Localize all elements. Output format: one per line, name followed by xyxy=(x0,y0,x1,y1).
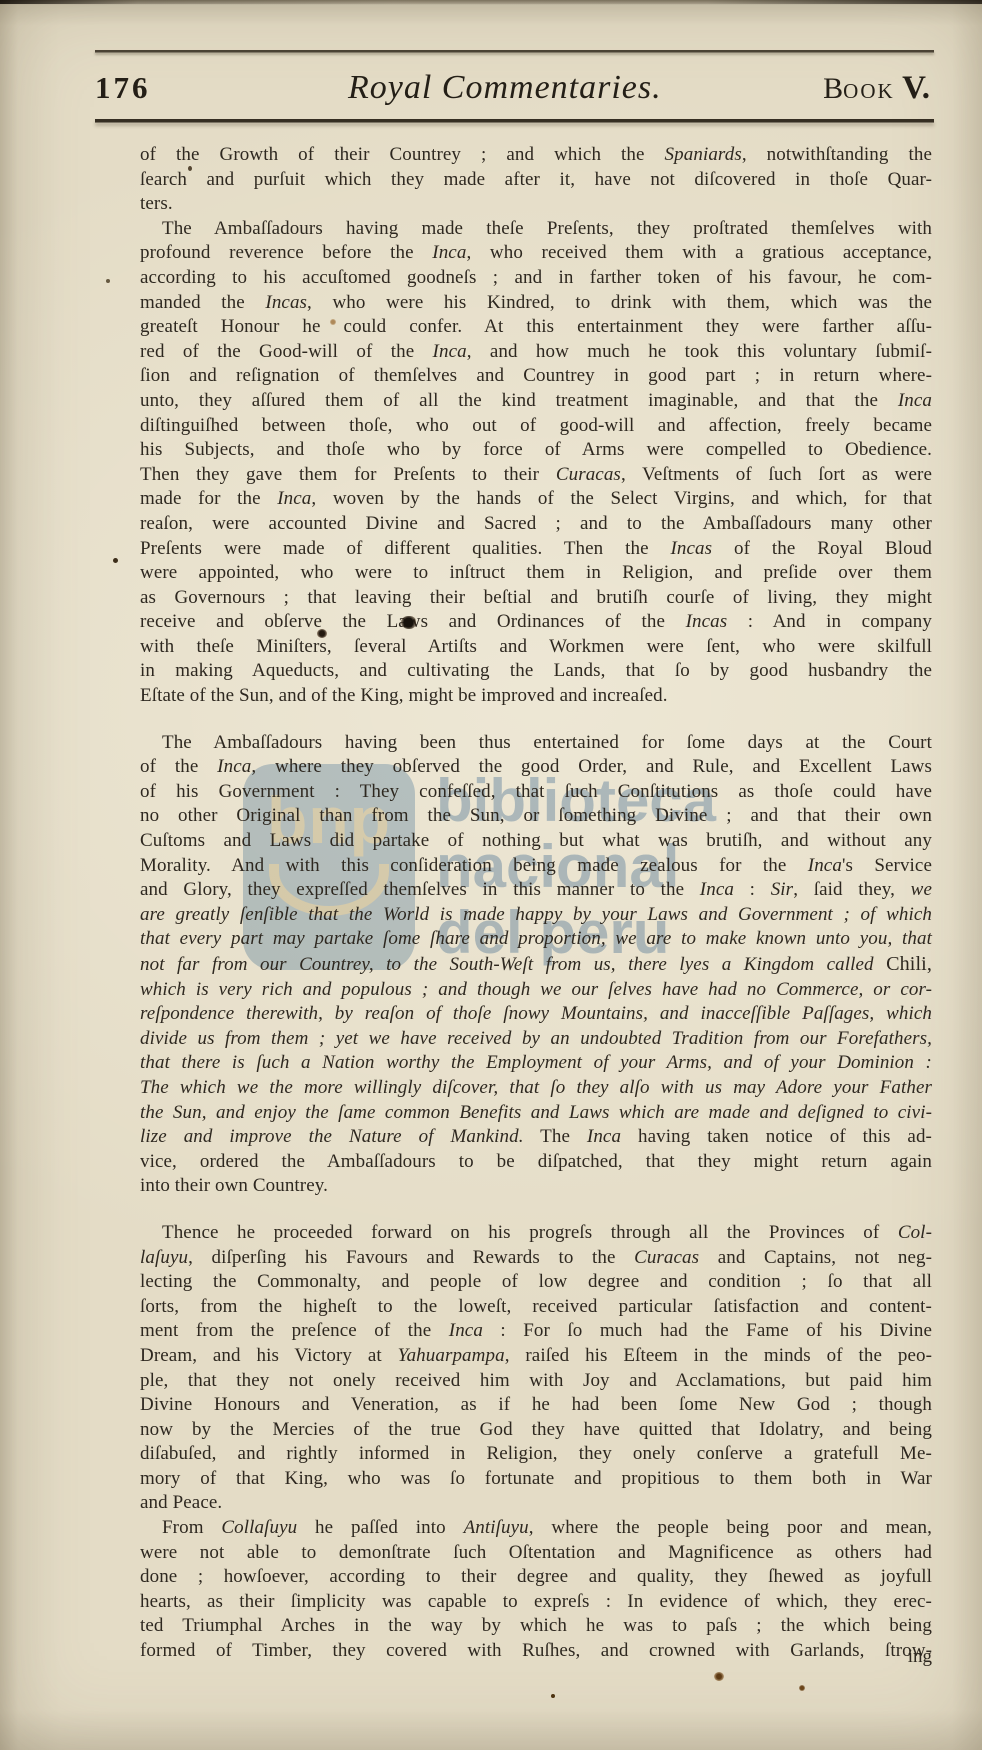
book-label: Book V. xyxy=(823,70,930,107)
text-line: according to his accuſtomed goodneſs ; a… xyxy=(140,266,932,291)
text-line: Then they gave them for Preſents to thei… xyxy=(140,463,932,488)
catchword: ing xyxy=(140,1646,932,1668)
running-head: 176 Royal Commentaries. Book V. xyxy=(95,50,934,123)
text-line: diſabuſed, and rightly informed in Relig… xyxy=(140,1442,932,1467)
text-line: were appointed, who were to inſtruct the… xyxy=(140,561,932,586)
text-line: the Sun, and enjoy the ſame common Benef… xyxy=(140,1101,932,1126)
text-line: manded the Incas, who were his Kindred, … xyxy=(140,291,932,316)
text-line: unto, they aſſured them of all the kind … xyxy=(140,389,932,414)
paragraph: The Ambaſſadours having been thus entert… xyxy=(140,731,932,1199)
text-line: Eſtate of the Sun, and of the King, migh… xyxy=(140,684,932,709)
text-line: The which we the more willingly diſcover… xyxy=(140,1076,932,1101)
text-line: diſtinguiſhed between thoſe, who out of … xyxy=(140,414,932,439)
foxing-spot xyxy=(113,558,118,563)
text-line: that there is ſuch a Nation worthy the E… xyxy=(140,1051,932,1076)
header-rule-bottom xyxy=(95,119,934,123)
book-page: bnp biblioteca nacional del peru 176 Roy… xyxy=(0,0,982,1750)
text-line: as Governours ; that leaving their beſti… xyxy=(140,586,932,611)
page-number: 176 xyxy=(95,70,151,106)
text-line: Thence he proceeded forward on his progr… xyxy=(140,1221,932,1246)
text-line: which is very rich and populous ; and th… xyxy=(140,978,932,1003)
text-line: his Subjects, and thoſe who by force of … xyxy=(140,438,932,463)
foxing-spot xyxy=(714,1672,724,1681)
foxing-spot xyxy=(106,279,110,283)
text-line: into their own Countrey. xyxy=(140,1174,932,1199)
text-line: of the Inca, where they obſerved the goo… xyxy=(140,755,932,780)
text-line: Morality. And with this conſideration be… xyxy=(140,854,932,879)
text-line: mory of that King, who was ſo fortunate … xyxy=(140,1467,932,1492)
text-line: lize and improve the Nature of Mankind. … xyxy=(140,1125,932,1150)
text-line: vice, ordered the Ambaſſadours to be diſ… xyxy=(140,1150,932,1175)
paragraph: The Ambaſſadours having made theſe Preſe… xyxy=(140,217,932,709)
text-line: receive and obſerve the Laws and Ordinan… xyxy=(140,610,932,635)
paragraph: Thence he proceeded forward on his progr… xyxy=(140,1221,932,1516)
text-line: Preſents were made of different qualitie… xyxy=(140,537,932,562)
text-line: and Glory, they expreſſed themſelves in … xyxy=(140,878,932,903)
text-line: ters. xyxy=(140,192,932,217)
text-line: that every part may partake ſome ſhare a… xyxy=(140,927,932,952)
text-line: Divine Honours and Veneration, as if he … xyxy=(140,1393,932,1418)
text-line: are greatly ſenſible that the World is m… xyxy=(140,903,932,928)
text-line: now by the Mercies of the true God they … xyxy=(140,1418,932,1443)
text-line: reſpondence therewith, by reaſon of thoſ… xyxy=(140,1002,932,1027)
text-line: ſorts, from the higheſt to the loweſt, r… xyxy=(140,1295,932,1320)
text-line: and Peace. xyxy=(140,1491,932,1516)
text-line: ted Triumphal Arches in the way by which… xyxy=(140,1614,932,1639)
text-line: ple, that they not onely received him wi… xyxy=(140,1369,932,1394)
text-line: The Ambaſſadours having been thus entert… xyxy=(140,731,932,756)
paragraph: From Collaſuyu he paſſed into Antiſuyu, … xyxy=(140,1516,932,1664)
text-line: hearts, as their ſimplicity was capable … xyxy=(140,1590,932,1615)
text-line: in making Aqueducts, and cultivating the… xyxy=(140,659,932,684)
text-line: made for the Inca, woven by the hands of… xyxy=(140,487,932,512)
text-line: greateſt Honour he could confer. At this… xyxy=(140,315,932,340)
text-line: ſearch and purſuit which they made after… xyxy=(140,168,932,193)
text-line: red of the Good-will of the Inca, and ho… xyxy=(140,340,932,365)
body-text: of the Growth of their Countrey ; and wh… xyxy=(140,143,932,1664)
text-line: not far from our Countrey, to the South-… xyxy=(140,952,932,978)
scan-edge xyxy=(0,0,982,4)
text-line: divide us from them ; yet we have receiv… xyxy=(140,1027,932,1052)
text-line: The Ambaſſadours having made theſe Preſe… xyxy=(140,217,932,242)
text-line: profound reverence before the Inca, who … xyxy=(140,241,932,266)
text-line: reaſon, were accounted Divine and Sacred… xyxy=(140,512,932,537)
text-line: done ; howſoever, according to their deg… xyxy=(140,1565,932,1590)
text-line: lecting the Commonalty, and people of lo… xyxy=(140,1270,932,1295)
running-title: Royal Commentaries. xyxy=(348,69,662,107)
text-line: From Collaſuyu he paſſed into Antiſuyu, … xyxy=(140,1516,932,1541)
text-line: Cuſtoms and Laws did partake of nothing … xyxy=(140,829,932,854)
text-line: ſion and reſignation of themſelves and C… xyxy=(140,364,932,389)
text-line: with theſe Miniſters, ſeveral Artiſts an… xyxy=(140,635,932,660)
text-line: laſuyu, diſperſing his Favours and Rewar… xyxy=(140,1246,932,1271)
paragraph: of the Growth of their Countrey ; and wh… xyxy=(140,143,932,217)
text-line: Dream, and his Victory at Yahuarpampa, r… xyxy=(140,1344,932,1369)
foxing-spot xyxy=(799,1685,805,1691)
text-line: no other Original than from the Sun, or … xyxy=(140,804,932,829)
text-line: of the Growth of their Countrey ; and wh… xyxy=(140,143,932,168)
text-line: of his Government : They confeſſed, that… xyxy=(140,780,932,805)
foxing-spot xyxy=(551,1694,555,1698)
text-line: ment from the preſence of the Inca : For… xyxy=(140,1319,932,1344)
text-line: were not able to demonſtrate ſuch Oſtent… xyxy=(140,1541,932,1566)
